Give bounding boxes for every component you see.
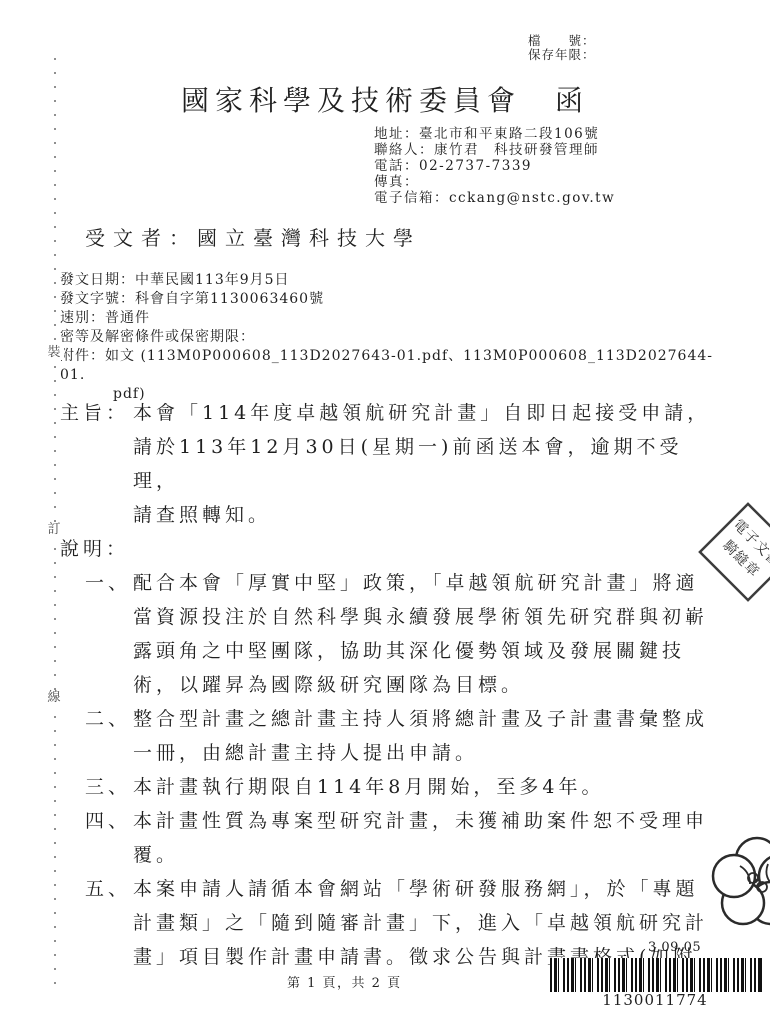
explanation-item-2: 二、 整合型計畫之總計畫主持人須將總計畫及子計畫書彙整成 一冊，由總計畫主持人提… bbox=[85, 702, 715, 770]
item-number: 一、 bbox=[85, 566, 133, 702]
attachment-line: 附件：如文 (113M0P000608_113D2027643-01.pdf、1… bbox=[60, 347, 728, 385]
binding-mark-xian: 線 bbox=[44, 690, 64, 705]
document-number: 發文字號：科會自字第1130063460號 bbox=[60, 290, 728, 309]
subject-line: 請於113年12月30日(星期一)前函送本會，逾期不受理， bbox=[133, 430, 715, 498]
edge-seal-stamp-icon: 電子文書 騎縫章 bbox=[688, 492, 770, 622]
subject-label: 主旨： bbox=[60, 396, 133, 532]
file-number-label: 檔 號： bbox=[528, 34, 596, 48]
item-content: 配合本會「厚實中堅」政策，「卓越領航研究計畫」將適 當資源投注於自然科學與永續發… bbox=[133, 566, 708, 702]
item-line: 本案申請人請循本會網站「學術研發服務網」，於「專題 bbox=[133, 872, 708, 906]
footer-page-number: 第 1 頁，共 2 頁 bbox=[287, 972, 402, 991]
item-line: 術，以躍昇為國際級研究團隊為目標。 bbox=[133, 668, 708, 702]
explanation-item-1: 一、 配合本會「厚實中堅」政策，「卓越領航研究計畫」將適 當資源投注於自然科學與… bbox=[85, 566, 715, 702]
explanation-heading: 說明： bbox=[60, 532, 715, 566]
official-letter-page: 檔 號： 保存年限： 國家科學及技術委員會 函 地址：臺北市和平東路二段106號… bbox=[0, 0, 770, 1024]
barcode bbox=[550, 958, 762, 992]
item-line: 整合型計畫之總計畫主持人須將總計畫及子計畫書彙整成 bbox=[133, 702, 708, 736]
item-number: 二、 bbox=[85, 702, 133, 770]
contact-address: 地址：臺北市和平東路二段106號 bbox=[374, 126, 615, 142]
item-content: 整合型計畫之總計畫主持人須將總計畫及子計畫書彙整成 一冊，由總計畫主持人提出申請… bbox=[133, 702, 708, 770]
file-number-block: 檔 號： 保存年限： bbox=[528, 34, 596, 62]
binding-mark-ding: 訂 bbox=[44, 522, 64, 537]
item-line: 當資源投注於自然科學與永續發展學術領先研究群與初嶄 bbox=[133, 600, 708, 634]
binding-mark-zhuang: 裝 bbox=[44, 345, 64, 360]
item-number: 三、 bbox=[85, 770, 133, 804]
item-content: 本計畫性質為專案型研究計畫，未獲補助案件恕不受理申 覆。 bbox=[133, 804, 708, 872]
item-line: 計畫類」之「隨到隨審計畫」下，進入「卓越領航研究計 bbox=[133, 906, 708, 940]
flower-seal-stamp-icon bbox=[702, 828, 770, 940]
subject-line: 請查照轉知。 bbox=[133, 498, 715, 532]
explanation-item-3: 三、 本計畫執行期限自114年8月開始，至多4年。 bbox=[85, 770, 715, 804]
contact-phone: 電話：02-2737-7339 bbox=[374, 158, 615, 174]
subject-line: 本會「114年度卓越領航研究計畫」自即日起接受申請， bbox=[133, 396, 715, 430]
contact-email: 電子信箱：cckang@nstc.gov.tw bbox=[374, 190, 615, 206]
agency-contact-block: 地址：臺北市和平東路二段106號 聯絡人：康竹君 科技研發管理師 電話：02-2… bbox=[374, 126, 615, 206]
speed-class: 速別：普通件 bbox=[60, 309, 728, 328]
item-content: 本計畫執行期限自114年8月開始，至多4年。 bbox=[133, 770, 604, 804]
explanation-item-4: 四、 本計畫性質為專案型研究計畫，未獲補助案件恕不受理申 覆。 bbox=[85, 804, 715, 872]
contact-person: 聯絡人：康竹君 科技研發管理師 bbox=[374, 142, 615, 158]
letter-body: 主旨： 本會「114年度卓越領航研究計畫」自即日起接受申請， 請於113年12月… bbox=[60, 396, 715, 974]
subject-row: 主旨： 本會「114年度卓越領航研究計畫」自即日起接受申請， 請於113年12月… bbox=[60, 396, 715, 532]
item-number: 五、 bbox=[85, 872, 133, 974]
item-line: 配合本會「厚實中堅」政策，「卓越領航研究計畫」將適 bbox=[133, 566, 708, 600]
item-line: 本計畫執行期限自114年8月開始，至多4年。 bbox=[133, 770, 604, 804]
issue-date: 發文日期：中華民國113年9月5日 bbox=[60, 271, 728, 290]
recipient-line: 受文者：國立臺灣科技大學 bbox=[85, 226, 421, 250]
item-line: 露頭角之中堅團隊，協助其深化優勢領域及發展關鍵技 bbox=[133, 634, 708, 668]
item-line: 一冊，由總計畫主持人提出申請。 bbox=[133, 736, 708, 770]
item-line: 覆。 bbox=[133, 838, 708, 872]
subject-content: 本會「114年度卓越領航研究計畫」自即日起接受申請， 請於113年12月30日(… bbox=[133, 396, 715, 532]
item-line: 本計畫性質為專案型研究計畫，未獲補助案件恕不受理申 bbox=[133, 804, 708, 838]
document-meta-block: 發文日期：中華民國113年9月5日 發文字號：科會自字第1130063460號 … bbox=[60, 271, 728, 404]
retention-period-label: 保存年限： bbox=[528, 48, 596, 62]
barcode-number: 1130011774 bbox=[550, 991, 760, 1009]
contact-fax: 傳真： bbox=[374, 174, 615, 190]
item-number: 四、 bbox=[85, 804, 133, 872]
document-title: 國家科學及技術委員會 函 bbox=[0, 86, 770, 116]
security-class: 密等及解密條件或保密期限： bbox=[60, 328, 728, 347]
barcode-stamp-date: 3.09.05 bbox=[648, 940, 701, 955]
